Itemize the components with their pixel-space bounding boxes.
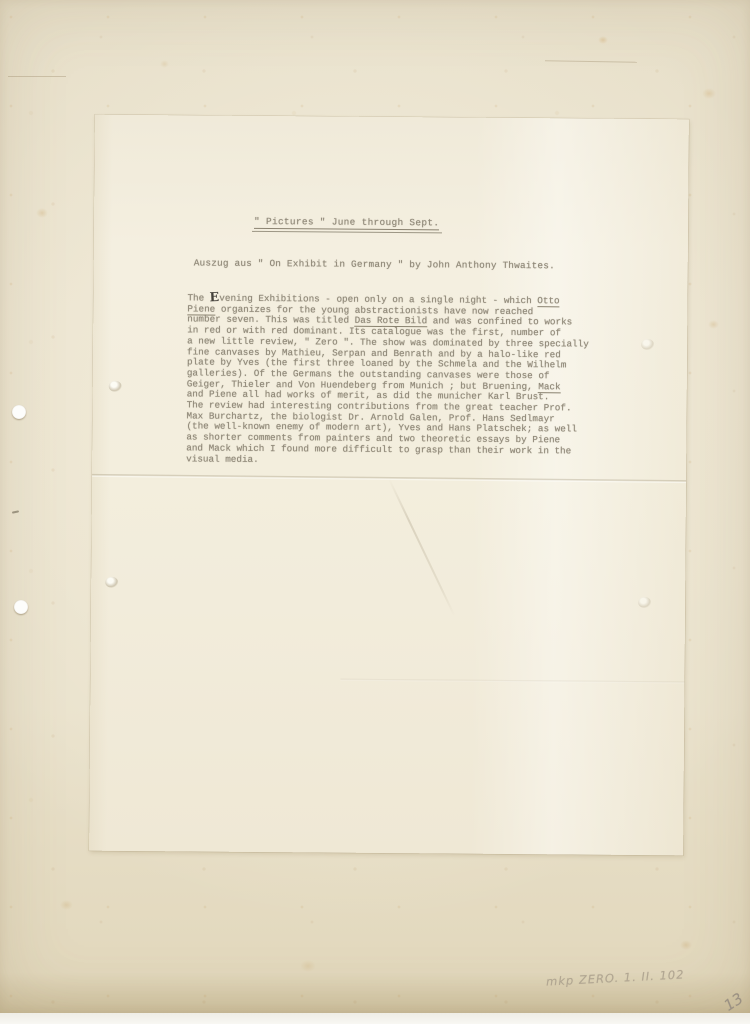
punch-hole: [14, 600, 28, 614]
typed-paragraph: The Evening Exhibitions - open only on a…: [186, 293, 607, 468]
glue-dent: [109, 381, 122, 392]
fold-crease: [340, 679, 684, 684]
backing-sheet: " Pictures " June through Sept. Auszug a…: [0, 0, 750, 1013]
glue-dent: [638, 597, 651, 608]
document-title: " Pictures " June through Sept.: [254, 216, 439, 230]
scratch-mark: [8, 76, 66, 77]
document-byline: Auszug aus " On Exhibit in Germany " by …: [194, 257, 555, 271]
glue-dent: [105, 577, 118, 588]
glue-dent: [641, 339, 654, 350]
punch-hole: [12, 405, 26, 419]
scanner-edge: [0, 1013, 750, 1024]
handwritten-letter: E: [210, 296, 220, 297]
diagonal-crease: [388, 479, 455, 617]
typed-page: " Pictures " June through Sept. Auszug a…: [89, 115, 689, 856]
